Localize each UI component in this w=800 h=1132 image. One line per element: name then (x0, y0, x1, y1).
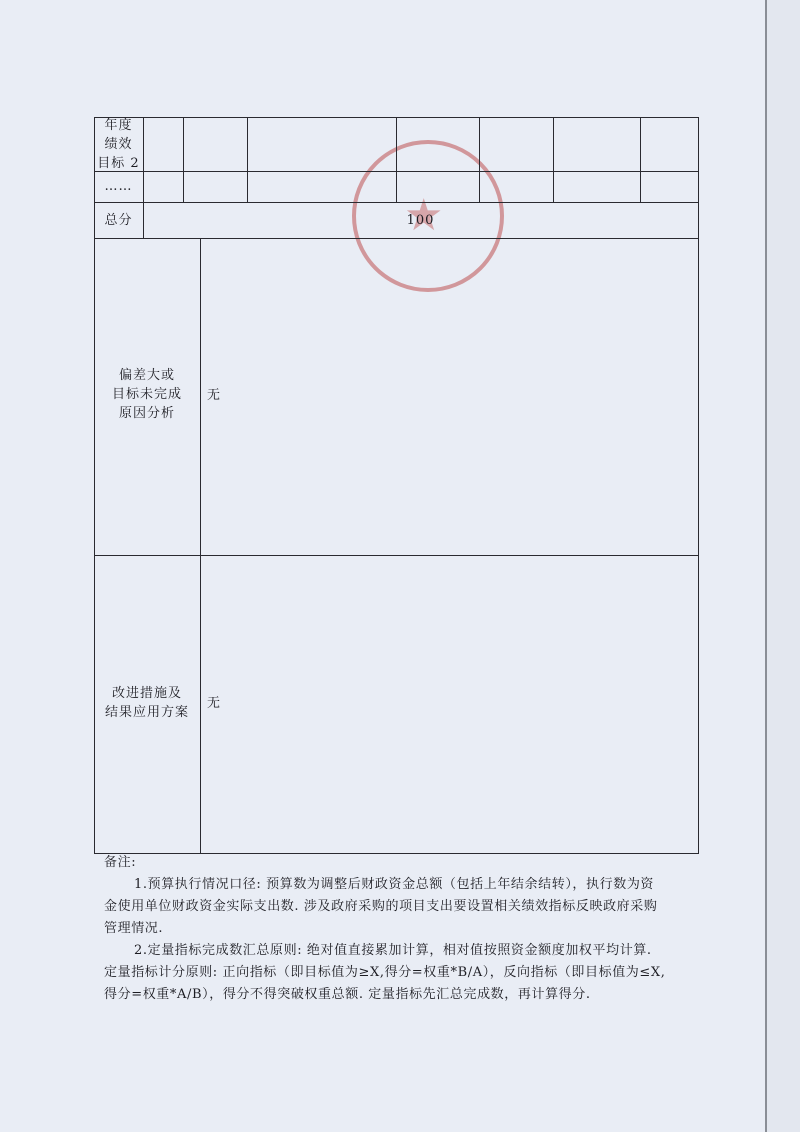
page-edge (765, 0, 767, 1132)
row-label-deviation-analysis: 偏差大或 目标未完成 原因分析 (94, 366, 200, 423)
notes-section: 备注: 1.预算执行情况口径: 预算数为调整后财政资金总额（包括上年结余结转），… (104, 852, 704, 1006)
deviation-analysis-value: 无 (207, 386, 221, 405)
row-label-annual-goal-2: 年度 绩效 目标 2 (94, 116, 143, 173)
row-label-improvement-plan: 改进措施及 结果应用方案 (94, 684, 200, 722)
row-label-ellipsis: …… (94, 177, 143, 196)
note-2-line-3: 得分=权重*A/B），得分不得突破权重总额. 定量指标先汇总完成数，再计算得分. (104, 984, 704, 1006)
page-margin (767, 0, 800, 1132)
note-1-line-3: 管理情况. (104, 918, 704, 940)
note-2-line-1: 2.定量指标完成数汇总原则: 绝对值直接累加计算，相对值按照资金额度加权平均计算… (104, 940, 704, 962)
row-label-total-score: 总分 (94, 211, 143, 230)
improvement-plan-value: 无 (207, 694, 221, 713)
note-2-line-2: 定量指标计分原则: 正向指标（即目标值为≥X,得分=权重*B/A），反向指标（即… (104, 962, 704, 984)
note-1-line-2: 金使用单位财政资金实际支出数. 涉及政府采购的项目支出要设置相关绩效指标反映政府… (104, 896, 704, 918)
notes-heading: 备注: (104, 852, 704, 874)
total-score-value: 100 (143, 211, 698, 230)
note-1-line-1: 1.预算执行情况口径: 预算数为调整后财政资金总额（包括上年结余结转），执行数为… (104, 874, 704, 896)
